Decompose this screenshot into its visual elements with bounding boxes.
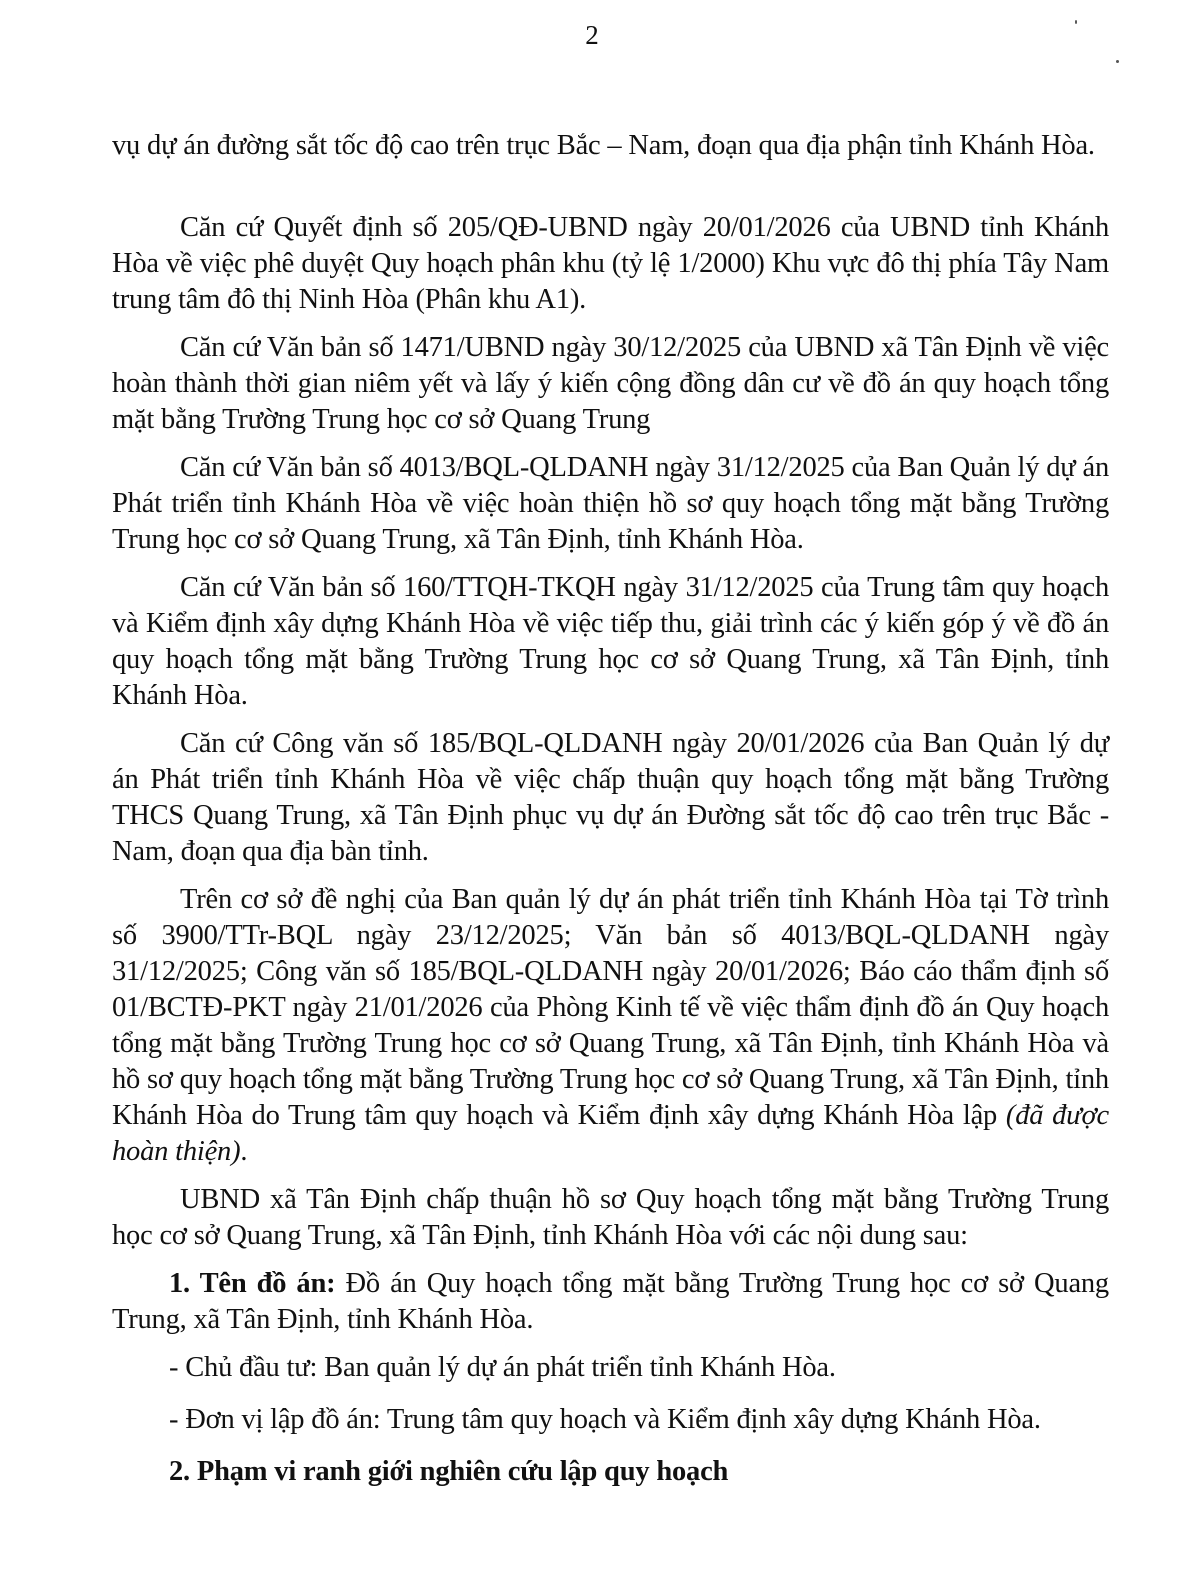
section-2-heading: 2. Phạm vi ranh giới nghiên cứu lập quy …: [112, 1454, 1109, 1490]
proposal-paragraph: Trên cơ sở đề nghị của Ban quản lý dự án…: [112, 882, 1109, 1170]
proposal-text: Trên cơ sở đề nghị của Ban quản lý dự án…: [112, 884, 1109, 1131]
approval-paragraph: UBND xã Tân Định chấp thuận hồ sơ Quy ho…: [112, 1182, 1109, 1254]
section-1-paragraph: 1. Tên đồ án: Đồ án Quy hoạch tổng mặt b…: [112, 1266, 1109, 1338]
document-body: vụ dự án đường sắt tốc độ cao trên trục …: [112, 128, 1109, 1502]
scan-speck: [1075, 20, 1077, 24]
legal-basis-paragraph: Căn cứ Văn bản số 160/TTQH-TKQH ngày 31/…: [112, 570, 1109, 714]
bullet-design-unit: - Đơn vị lập đồ án: Trung tâm quy hoạch …: [112, 1402, 1109, 1438]
bullet-investor: - Chủ đầu tư: Ban quản lý dự án phát tri…: [112, 1350, 1109, 1386]
legal-basis-paragraph: Căn cứ Công văn số 185/BQL-QLDANH ngày 2…: [112, 726, 1109, 870]
section-1-label: 1. Tên đồ án:: [169, 1268, 335, 1299]
legal-basis-paragraph: Căn cứ Văn bản số 1471/UBND ngày 30/12/2…: [112, 330, 1109, 438]
legal-basis-paragraph: Căn cứ Quyết định số 205/QĐ-UBND ngày 20…: [112, 210, 1109, 318]
legal-basis-paragraph: Căn cứ Văn bản số 4013/BQL-QLDANH ngày 3…: [112, 450, 1109, 558]
proposal-end: .: [240, 1136, 247, 1167]
scan-speck: [1116, 60, 1119, 63]
continuation-paragraph: vụ dự án đường sắt tốc độ cao trên trục …: [112, 128, 1109, 164]
page-number: 2: [0, 18, 1184, 52]
